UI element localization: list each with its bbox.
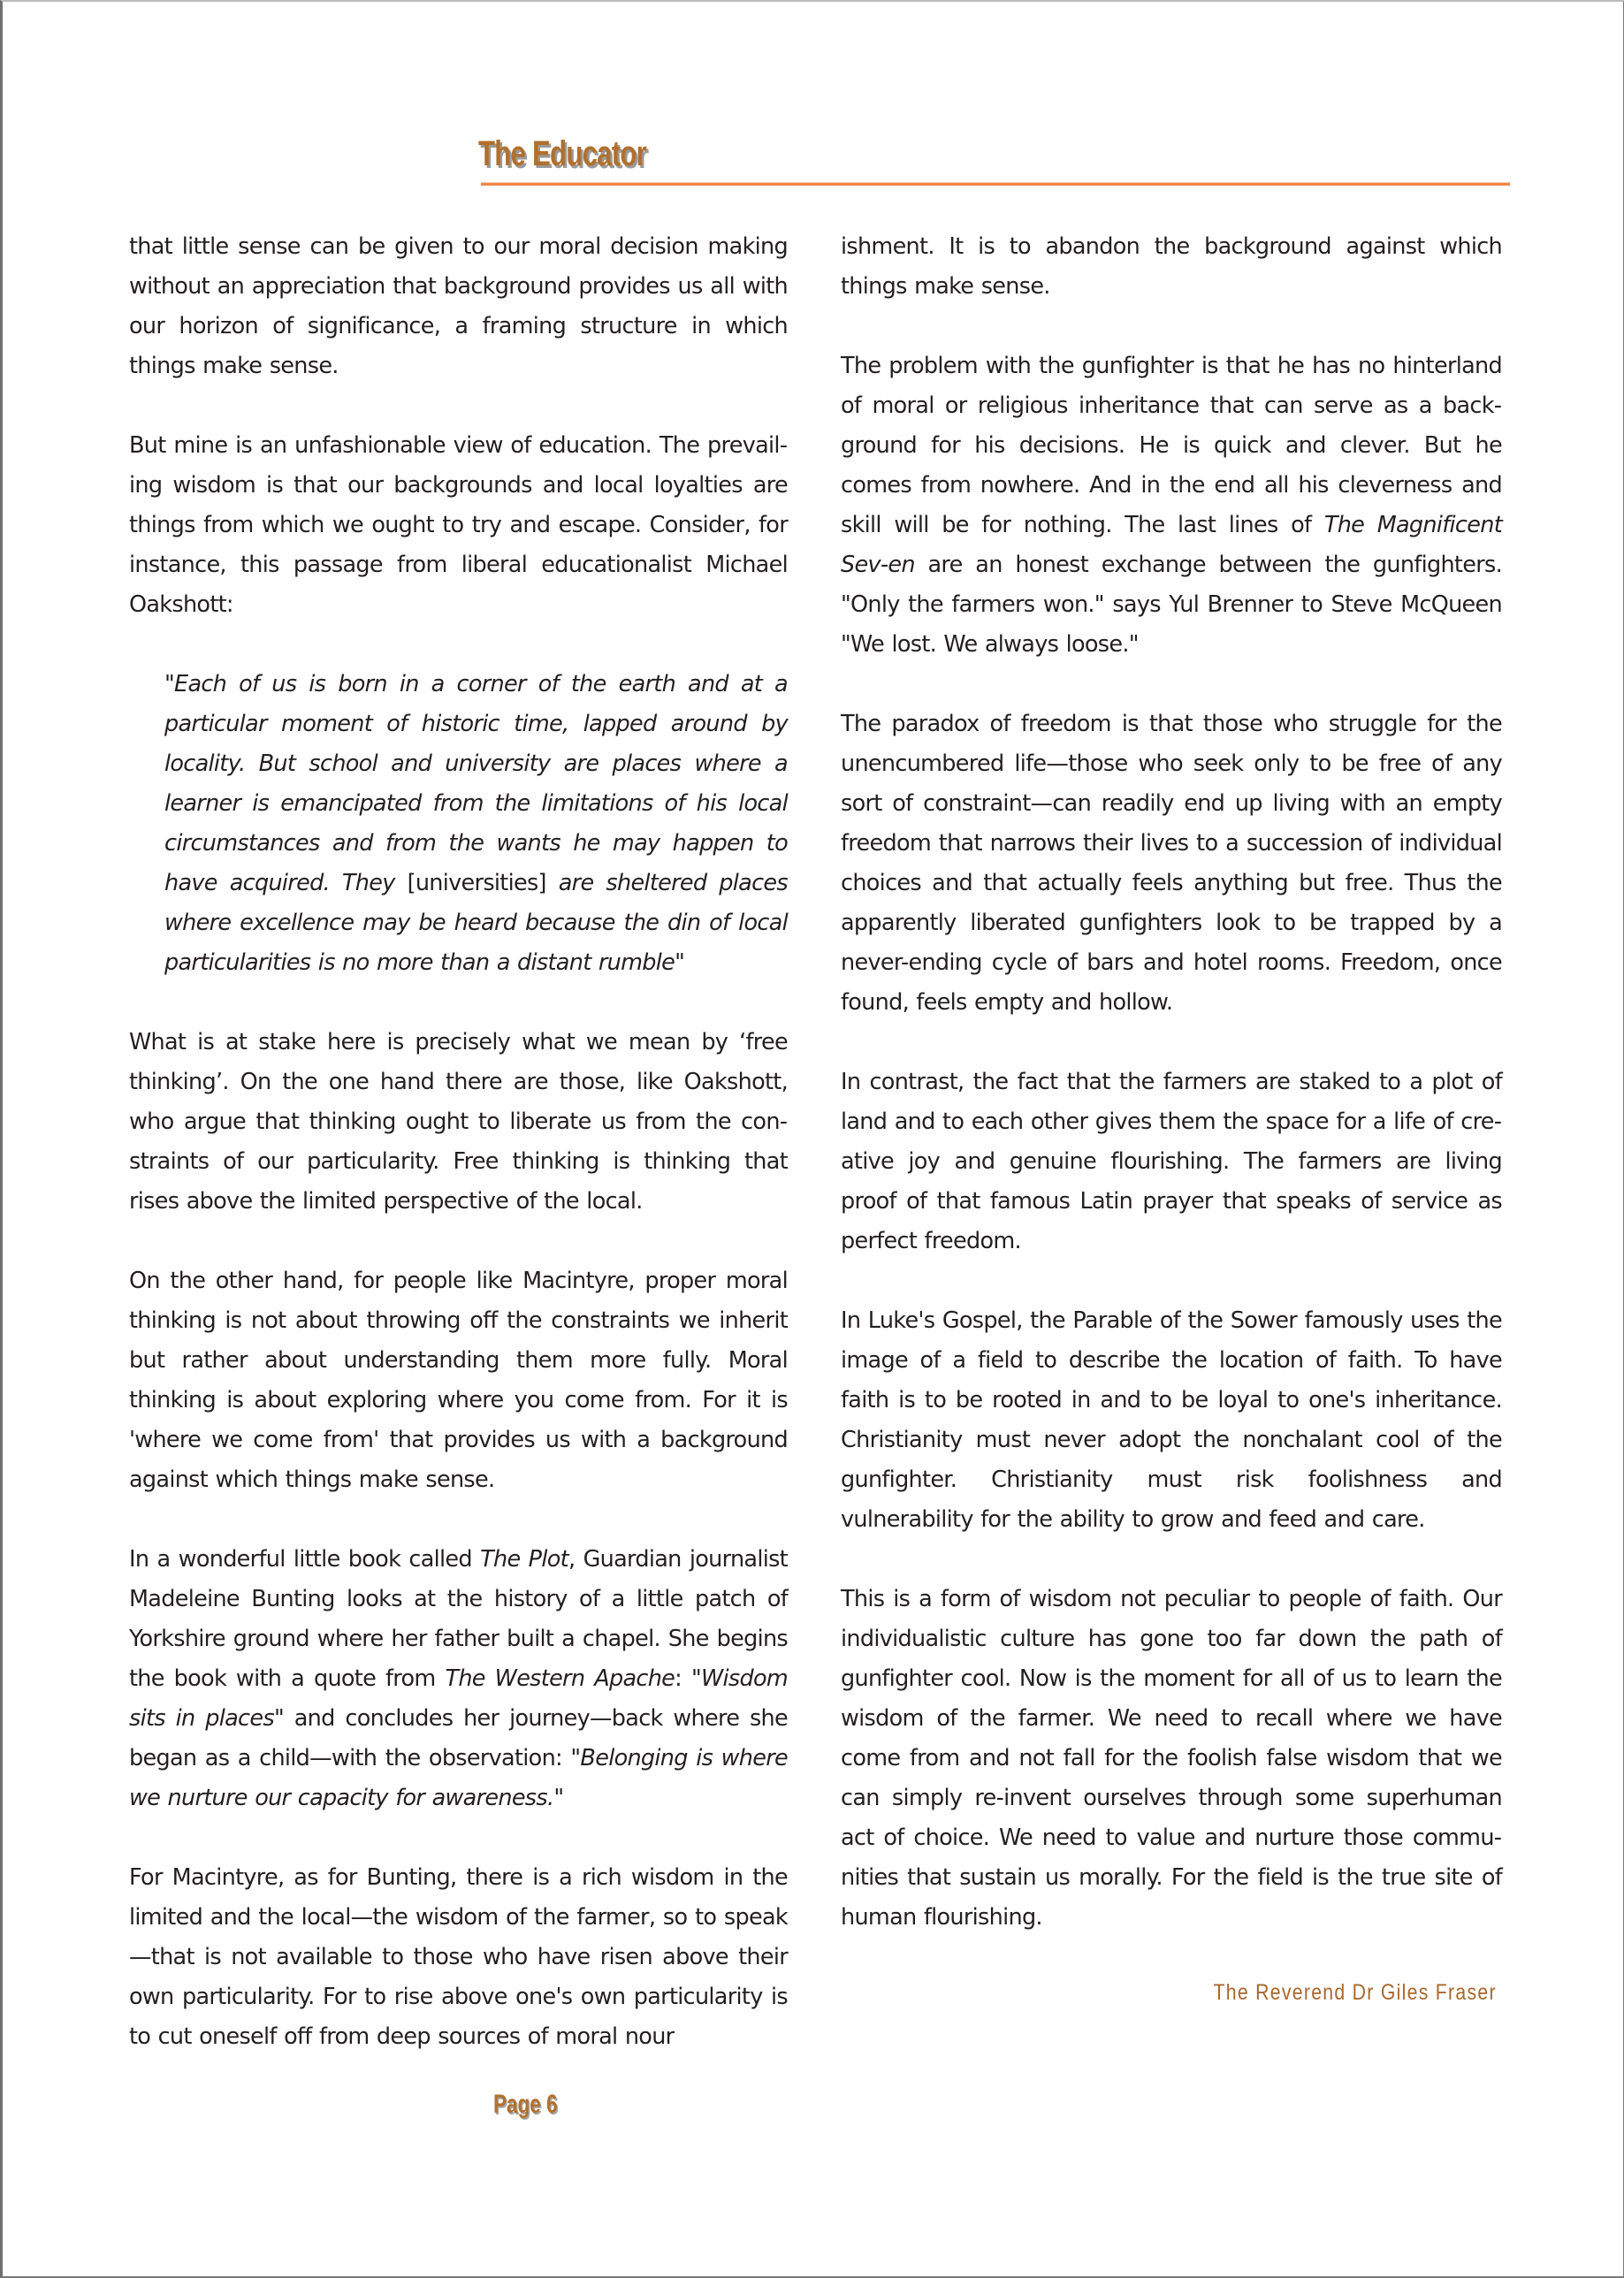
paragraph-the-plot: In a wonderful little book called The Pl… xyxy=(129,1540,788,1818)
paragraph: ishment. It is to abandon the background… xyxy=(841,227,1502,307)
film-title: en xyxy=(888,552,914,578)
book-title: The Plot xyxy=(480,1546,568,1573)
author-signature: The Reverend Dr Giles Fraser xyxy=(1214,1980,1497,2006)
paragraph: that little sense can be given to our mo… xyxy=(129,227,788,386)
right-column: ishment. It is to abandon the background… xyxy=(841,227,1502,1938)
paragraph: On the other hand, for people like Macin… xyxy=(129,1261,788,1500)
paragraph-gunfighter: The problem with the gunfighter is that … xyxy=(841,347,1502,665)
paragraph: But mine is an unfashionable view of edu… xyxy=(129,426,788,625)
header-rule-divider xyxy=(481,183,1510,186)
paragraph: This is a form of wisdom not peculiar to… xyxy=(841,1580,1502,1938)
paragraph: What is at stake here is precisely what … xyxy=(129,1023,788,1222)
left-column: that little sense can be given to our mo… xyxy=(129,227,788,2057)
publication-title: The Educator xyxy=(478,134,646,174)
page-number: Page 6 xyxy=(493,2090,558,2120)
paragraph: The paradox of freedom is that those who… xyxy=(841,705,1502,1023)
block-quote-oakshott: "Each of us is born in a corner of the e… xyxy=(164,665,788,983)
paragraph: In contrast, the fact that the farmers a… xyxy=(841,1063,1502,1261)
paragraph: In Luke's Gospel, the Parable of the Sow… xyxy=(841,1301,1502,1540)
document-page: The Educator that little sense can be gi… xyxy=(0,0,1624,2278)
book-title: The Western Apache xyxy=(445,1665,675,1692)
paragraph: For Macintyre, as for Bunting, there is … xyxy=(129,1858,788,2057)
